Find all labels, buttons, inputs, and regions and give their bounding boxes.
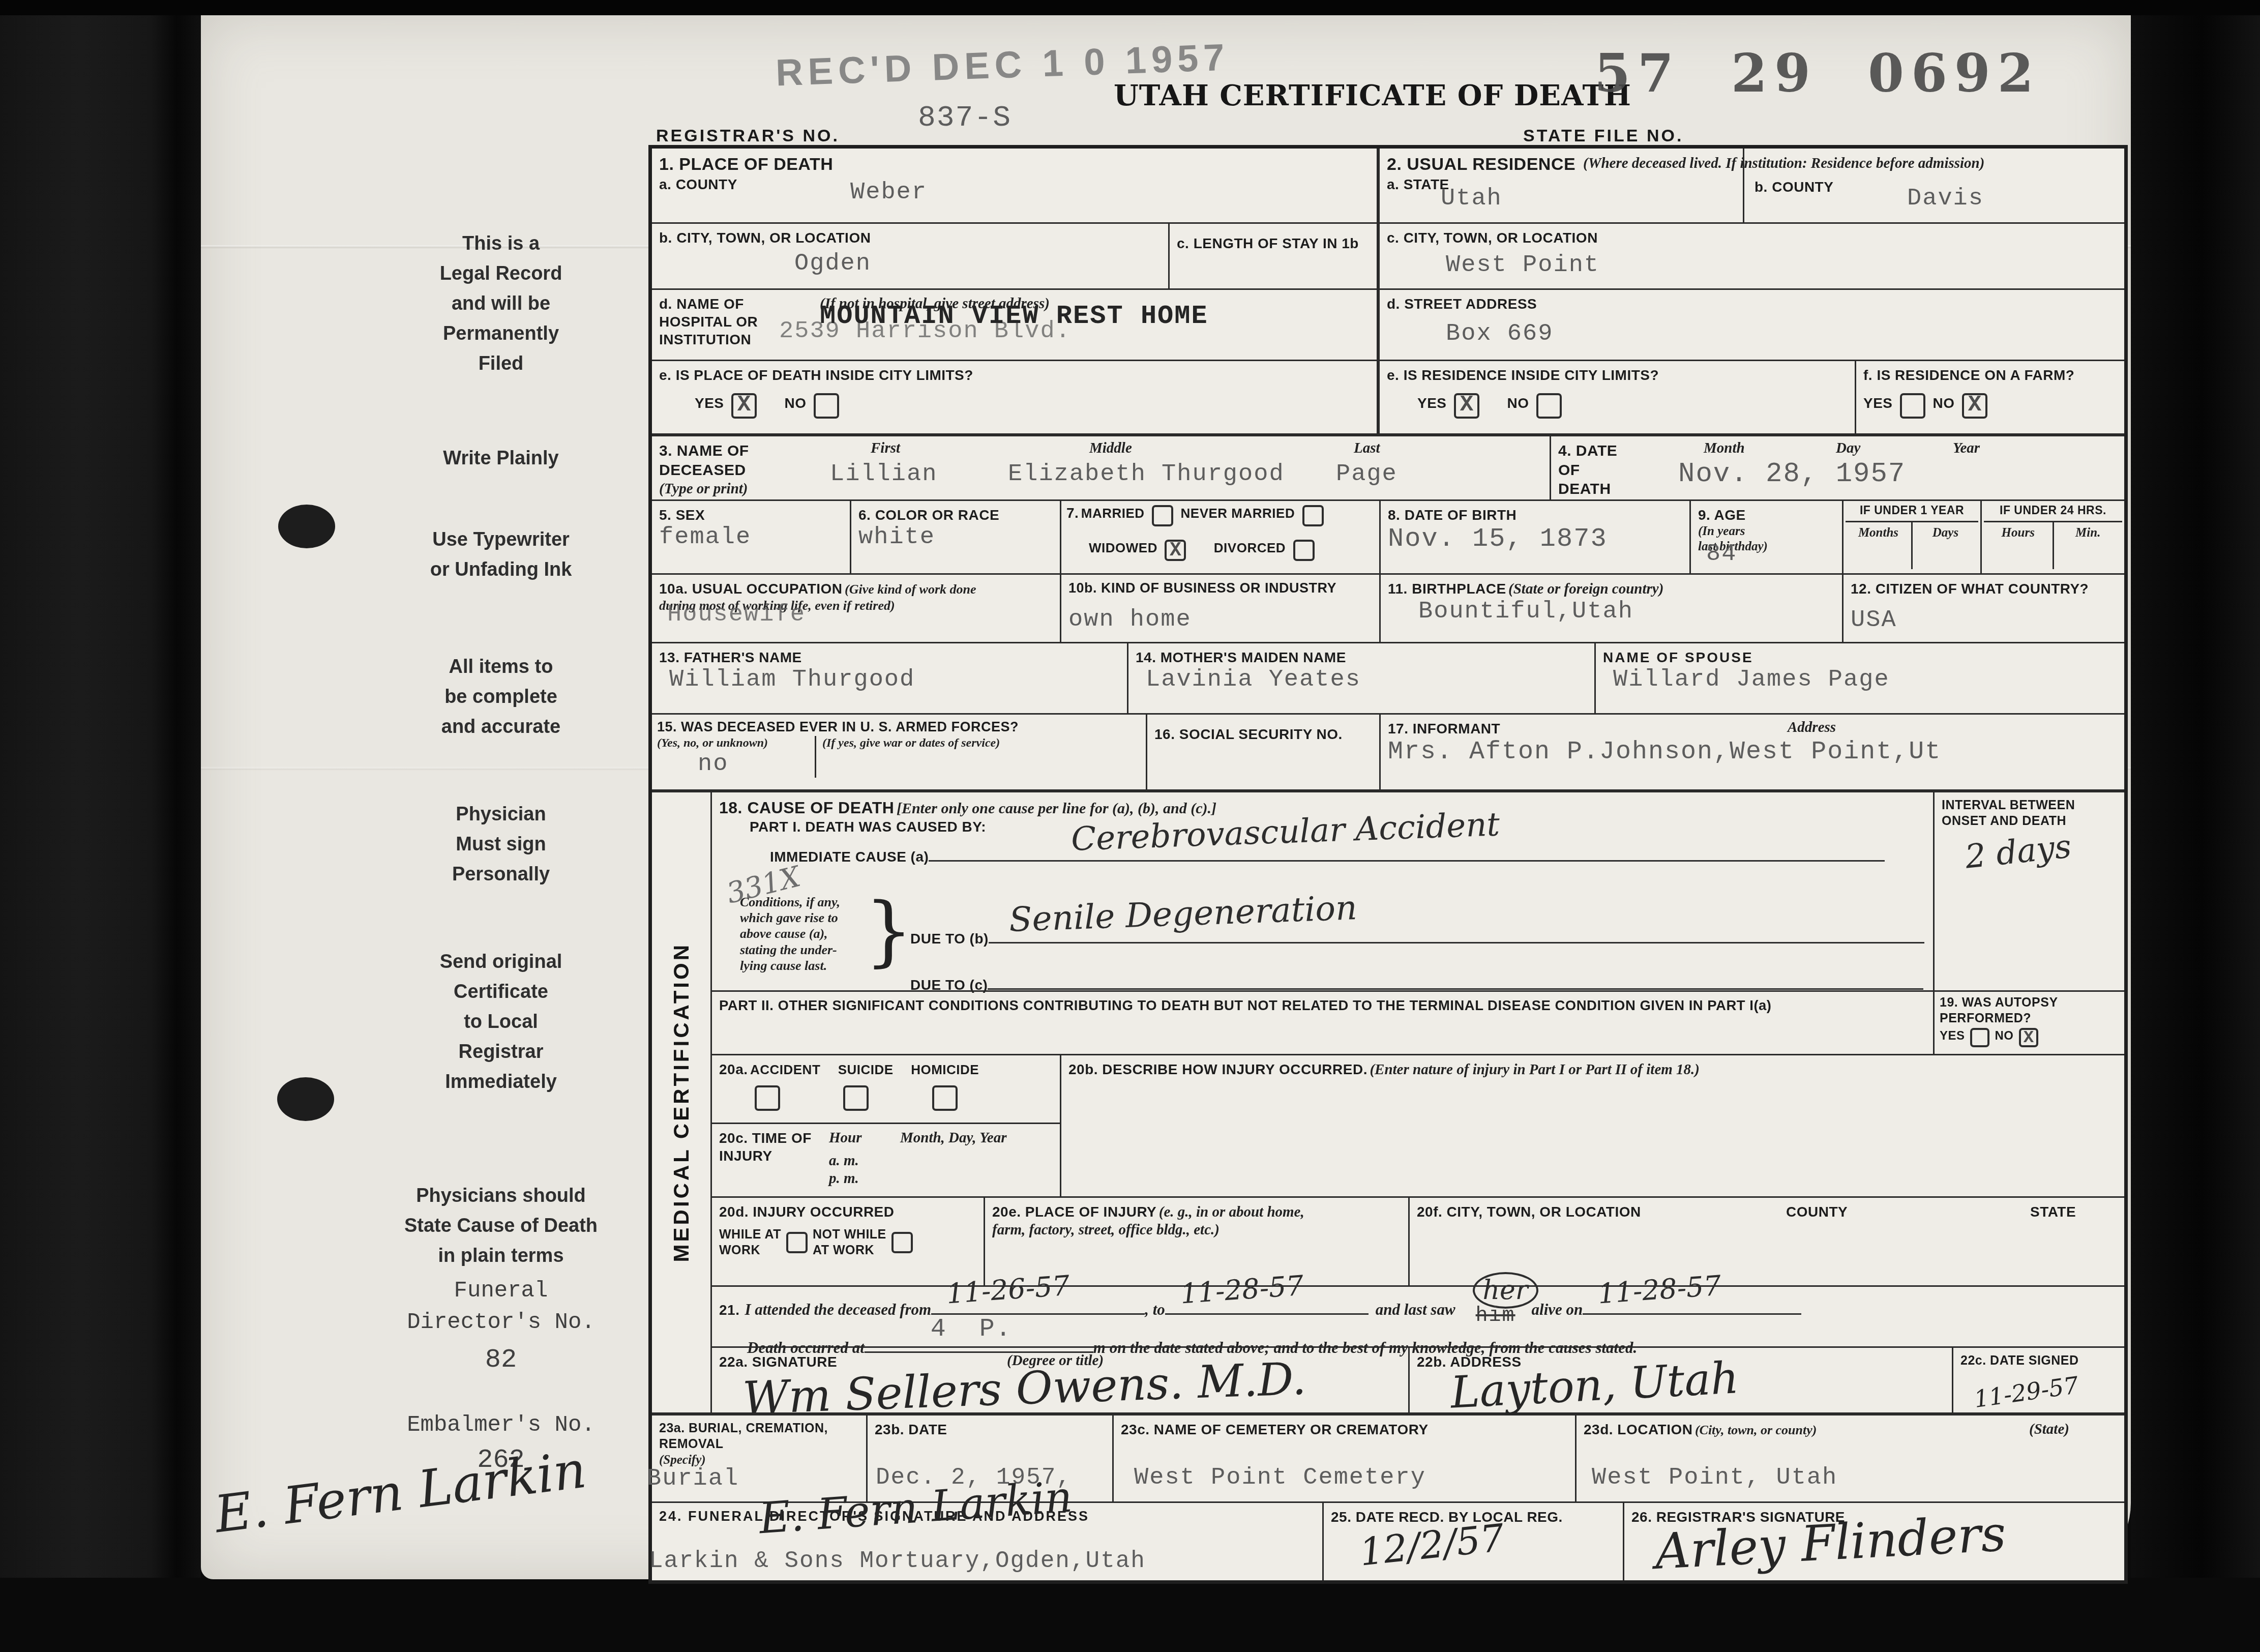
divorced-checkbox bbox=[1293, 540, 1315, 561]
armed-forces-label: 15. WAS DECEASED EVER IN U. S. ARMED FOR… bbox=[657, 719, 1019, 734]
birthplace-hint: (State or foreign country) bbox=[1508, 581, 1663, 597]
last-name-header: Last bbox=[1354, 439, 1380, 457]
informant-address-label: Address bbox=[1788, 719, 1836, 736]
citizen-value: USA bbox=[1851, 607, 1897, 634]
residence-limits-no-label: NO bbox=[1507, 395, 1529, 411]
alive-text: alive on bbox=[1532, 1300, 1583, 1319]
widowed-label: WIDOWED bbox=[1089, 540, 1157, 555]
injury-mdy-label: Month, Day, Year bbox=[900, 1129, 1006, 1147]
farm-yes-label: YES bbox=[1863, 395, 1893, 411]
pronoun-him-struck: him bbox=[1476, 1305, 1515, 1327]
attended-text: I attended the deceased from bbox=[745, 1300, 931, 1319]
state-file-no-value: 57 29 0692 bbox=[1594, 43, 2041, 104]
not-while-at-work-checkbox bbox=[891, 1232, 913, 1253]
residence-county-label: b. COUNTY bbox=[1755, 178, 1833, 196]
under-1-year-label: IF UNDER 1 YEAR bbox=[1846, 503, 1978, 522]
armed-forces-hint1: (Yes, no, or unknown) bbox=[657, 736, 768, 750]
citizen-label: 12. CITIZEN OF WHAT COUNTRY? bbox=[1851, 581, 2089, 597]
injury-20b-label: 20b. DESCRIBE HOW INJURY OCCURRED. bbox=[1068, 1061, 1367, 1077]
under-24-hrs-label: IF UNDER 24 HRS. bbox=[1984, 503, 2122, 522]
due-to-b-label: DUE TO (b) bbox=[910, 930, 989, 948]
last-name-value: Page bbox=[1336, 461, 1397, 488]
middle-name-value: Elizabeth Thurgood bbox=[1008, 461, 1285, 488]
date-of-death-value: Nov. 28, 1957 bbox=[1678, 459, 1906, 490]
spouse-name-value: Willard James Page bbox=[1613, 666, 1890, 693]
residence-city-label: c. CITY, TOWN, OR LOCATION bbox=[1387, 230, 1598, 246]
residence-state-value: Utah bbox=[1441, 185, 1502, 212]
father-name-label: 13. FATHER'S NAME bbox=[659, 650, 802, 665]
informant-value: Mrs. Afton P.Johnson,West Point,Ut bbox=[1388, 737, 1941, 766]
county-label: a. COUNTY bbox=[659, 176, 737, 192]
race-value: white bbox=[858, 524, 935, 551]
accident-label: ACCIDENT bbox=[750, 1062, 820, 1077]
age-value: 84 bbox=[1706, 541, 1737, 568]
hospital-label: d. NAME OF HOSPITAL OR INSTITUTION bbox=[659, 295, 758, 348]
burial-location-hint: (City, town, or county) bbox=[1695, 1423, 1817, 1437]
film-border-top bbox=[0, 0, 2260, 15]
birthplace-value: Bountiful,Utah bbox=[1418, 598, 1633, 625]
never-married-checkbox bbox=[1302, 505, 1324, 526]
burial-date-label: 23b. DATE bbox=[875, 1422, 947, 1437]
scanned-death-certificate: REC'D DEC 1 0 1957 REGISTRAR'S NO. 837-S… bbox=[0, 0, 2260, 1652]
burial-state-hint: (State) bbox=[2029, 1421, 2069, 1438]
spouse-name-label: NAME OF SPOUSE bbox=[1603, 650, 1753, 665]
street-address-label: d. STREET ADDRESS bbox=[1387, 296, 1537, 312]
burial-location-label: 23d. LOCATION bbox=[1584, 1422, 1692, 1437]
not-while-at-work-label: NOT WHILE AT WORK bbox=[813, 1227, 886, 1259]
year-header: Year bbox=[1953, 439, 1980, 457]
residence-limits-yes-label: YES bbox=[1417, 395, 1447, 411]
burial-hint: (Specify) bbox=[659, 1453, 706, 1467]
autopsy-yes-checkbox bbox=[1970, 1028, 1989, 1047]
injury-20e-label: 20e. PLACE OF INJURY bbox=[992, 1204, 1156, 1220]
injury-20d-label: 20d. INJURY OCCURRED bbox=[719, 1204, 895, 1220]
part2-label: PART II. OTHER SIGNIFICANT CONDITIONS CO… bbox=[719, 997, 1772, 1013]
residence-limits-no-checkbox bbox=[1536, 393, 1562, 419]
certificate-title: UTAH CERTIFICATE OF DEATH bbox=[1114, 79, 1631, 112]
film-border-right bbox=[2131, 0, 2260, 1652]
interval-label: INTERVAL BETWEEN ONSET AND DEATH bbox=[1942, 798, 2075, 828]
never-married-label: NEVER MARRIED bbox=[1181, 506, 1295, 521]
married-label: MARRIED bbox=[1081, 506, 1145, 521]
due-to-b-value: Senile Degeneration bbox=[1008, 888, 1358, 939]
autopsy-no-label: NO bbox=[1995, 1029, 2013, 1043]
autopsy-label: 19. WAS AUTOPSY PERFORMED? bbox=[1940, 995, 2058, 1025]
usual-residence-label: 2. USUAL RESIDENCE bbox=[1387, 155, 1575, 174]
film-border-left bbox=[0, 0, 201, 1652]
cemetery-label: 23c. NAME OF CEMETERY OR CREMATORY bbox=[1121, 1422, 1429, 1437]
interval-value: 2 days bbox=[1964, 828, 2073, 876]
cause-of-death-label: 18. CAUSE OF DEATH bbox=[719, 799, 894, 817]
date-of-death-label: 4. DATE OF DEATH bbox=[1558, 441, 1617, 499]
death-limits-no-label: NO bbox=[784, 395, 806, 411]
registrars-no-label: REGISTRAR'S NO. bbox=[656, 126, 840, 146]
residence-county-value: Davis bbox=[1907, 185, 1984, 212]
pronoun-her-circled: her bbox=[1473, 1272, 1538, 1309]
while-at-work-checkbox bbox=[786, 1232, 808, 1253]
burial-label: 23a. BURIAL, CREMATION, REMOVAL bbox=[659, 1421, 828, 1453]
mother-name-value: Lavinia Yeates bbox=[1146, 666, 1361, 693]
state-file-no-label: STATE FILE NO. bbox=[1523, 126, 1683, 146]
age-label: 9. AGE bbox=[1698, 507, 1746, 523]
birthplace-label: 11. BIRTHPLACE bbox=[1388, 581, 1506, 597]
occupation-value: Housewife bbox=[667, 601, 806, 628]
date-signed-label: 22c. DATE SIGNED bbox=[1960, 1353, 2079, 1368]
injury-state-label: STATE bbox=[2030, 1203, 2076, 1221]
homicide-label: HOMICIDE bbox=[911, 1062, 979, 1077]
burial-value: Burial bbox=[647, 1465, 739, 1492]
residence-farm-label: f. IS RESIDENCE ON A FARM? bbox=[1863, 367, 2074, 383]
date-signed-value: 11-29-57 bbox=[1972, 1371, 2080, 1413]
lastsaw-text: and last saw bbox=[1376, 1300, 1455, 1319]
death-city-limits-label: e. IS PLACE OF DEATH INSIDE CITY LIMITS? bbox=[659, 367, 973, 383]
farm-no-checkbox: X bbox=[1962, 393, 1987, 419]
film-border-bottom bbox=[0, 1578, 2260, 1652]
suicide-label: SUICIDE bbox=[838, 1062, 894, 1077]
sex-label: 5. SEX bbox=[659, 507, 705, 523]
residence-limits-yes-checkbox: X bbox=[1454, 393, 1479, 419]
injury-ampm-label: a. m. p. m. bbox=[829, 1152, 859, 1188]
funeral-director-typed: Larkin & Sons Mortuary,Ogden,Utah bbox=[649, 1548, 1146, 1574]
hospital-stamp: MOUNTAIN VIEW REST HOME bbox=[820, 301, 1208, 331]
armed-forces-hint2: (If yes, give war or dates of service) bbox=[822, 736, 1000, 750]
month-header: Month bbox=[1704, 439, 1745, 457]
father-name-value: William Thurgood bbox=[669, 666, 915, 693]
injury-hour-label: Hour bbox=[829, 1129, 861, 1147]
death-time-value: 4 P. bbox=[931, 1315, 1012, 1344]
residence-state-label: a. STATE bbox=[1387, 176, 1449, 192]
type-or-print-hint: (Type or print) bbox=[659, 480, 748, 498]
physician-signature-label: 22a. SIGNATURE bbox=[719, 1354, 837, 1370]
length-of-stay-label: c. LENGTH OF STAY IN 1b bbox=[1177, 235, 1359, 251]
attended-to-text: , to bbox=[1145, 1300, 1165, 1319]
day-header: Day bbox=[1836, 439, 1860, 457]
death-limits-yes-label: YES bbox=[695, 395, 724, 411]
married-checkbox bbox=[1152, 505, 1173, 526]
farm-yes-checkbox bbox=[1900, 393, 1925, 419]
burial-location-value: West Point, Utah bbox=[1592, 1464, 1837, 1491]
place-of-death-label: 1. PLACE OF DEATH bbox=[659, 155, 833, 174]
mother-name-label: 14. MOTHER'S MAIDEN NAME bbox=[1136, 650, 1346, 665]
farm-no-label: NO bbox=[1932, 395, 1954, 411]
residence-city-limits-label: e. IS RESIDENCE INSIDE CITY LIMITS? bbox=[1387, 367, 1659, 383]
ssn-label: 16. SOCIAL SECURITY NO. bbox=[1154, 726, 1343, 742]
autopsy-yes-label: YES bbox=[1940, 1029, 1965, 1043]
hours-label: Hours bbox=[1984, 522, 2054, 569]
marital-number: 7. bbox=[1066, 505, 1079, 521]
armed-forces-value: no bbox=[698, 751, 728, 778]
business-value: own home bbox=[1068, 606, 1192, 633]
while-at-work-label: WHILE AT WORK bbox=[719, 1227, 781, 1259]
occupation-label: 10a. USUAL OCCUPATION bbox=[659, 581, 843, 597]
residence-city-value: West Point bbox=[1446, 252, 1599, 279]
date-of-birth-value: Nov. 15, 1873 bbox=[1388, 524, 1608, 554]
middle-name-header: Middle bbox=[1089, 439, 1132, 457]
death-limits-no-checkbox bbox=[814, 393, 839, 419]
informant-label: 17. INFORMANT bbox=[1388, 721, 1500, 736]
cause-of-death-note: [Enter only one cause per line for (a), … bbox=[897, 800, 1216, 817]
suicide-checkbox bbox=[843, 1085, 869, 1111]
min-label: Min. bbox=[2054, 522, 2123, 569]
first-name-header: First bbox=[871, 439, 900, 457]
homicide-checkbox bbox=[932, 1085, 958, 1111]
first-name-value: Lillian bbox=[830, 461, 937, 488]
county-value: Weber bbox=[850, 179, 927, 206]
injury-20c-label: 20c. TIME OF INJURY bbox=[719, 1129, 812, 1165]
days-label: Days bbox=[1913, 522, 1978, 569]
cemetery-value: West Point Cemetery bbox=[1134, 1464, 1426, 1491]
injury-20f-label: 20f. CITY, TOWN, OR LOCATION bbox=[1417, 1204, 1641, 1220]
medical-certification-label: MEDICAL CERTIFICATION bbox=[669, 942, 694, 1262]
sex-value: female bbox=[659, 524, 751, 551]
race-label: 6. COLOR OR RACE bbox=[858, 507, 999, 523]
business-label: 10b. KIND OF BUSINESS OR INDUSTRY bbox=[1068, 580, 1336, 596]
death-limits-yes-checkbox: X bbox=[731, 393, 757, 419]
city-value: Ogden bbox=[794, 250, 871, 277]
conditions-note: Conditions, if any, which gave rise to a… bbox=[740, 894, 840, 973]
certificate-form: 1. PLACE OF DEATH a. COUNTY Weber b. CIT… bbox=[648, 145, 2128, 1584]
autopsy-no-checkbox: X bbox=[2019, 1028, 2038, 1047]
divorced-label: DIVORCED bbox=[1214, 540, 1286, 555]
accident-checkbox bbox=[755, 1085, 780, 1111]
injury-20b-hint: (Enter nature of injury in Part I or Par… bbox=[1370, 1061, 1700, 1078]
city-label: b. CITY, TOWN, OR LOCATION bbox=[659, 230, 871, 246]
months-label: Months bbox=[1846, 522, 1913, 569]
street-address-value: Box 669 bbox=[1446, 320, 1553, 347]
registrars-no-value: 837-S bbox=[918, 102, 1012, 135]
date-of-birth-label: 8. DATE OF BIRTH bbox=[1388, 507, 1516, 523]
name-of-deceased-label: 3. NAME OF DECEASED bbox=[659, 441, 749, 480]
conditions-brace: } bbox=[865, 887, 913, 976]
certificate-paper: REC'D DEC 1 0 1957 REGISTRAR'S NO. 837-S… bbox=[201, 15, 2131, 1579]
attend-prefix: 21. bbox=[719, 1301, 739, 1319]
injury-20a-label: 20a. bbox=[719, 1061, 748, 1077]
injury-county-label: COUNTY bbox=[1786, 1203, 1848, 1221]
widowed-checkbox: X bbox=[1165, 540, 1186, 561]
